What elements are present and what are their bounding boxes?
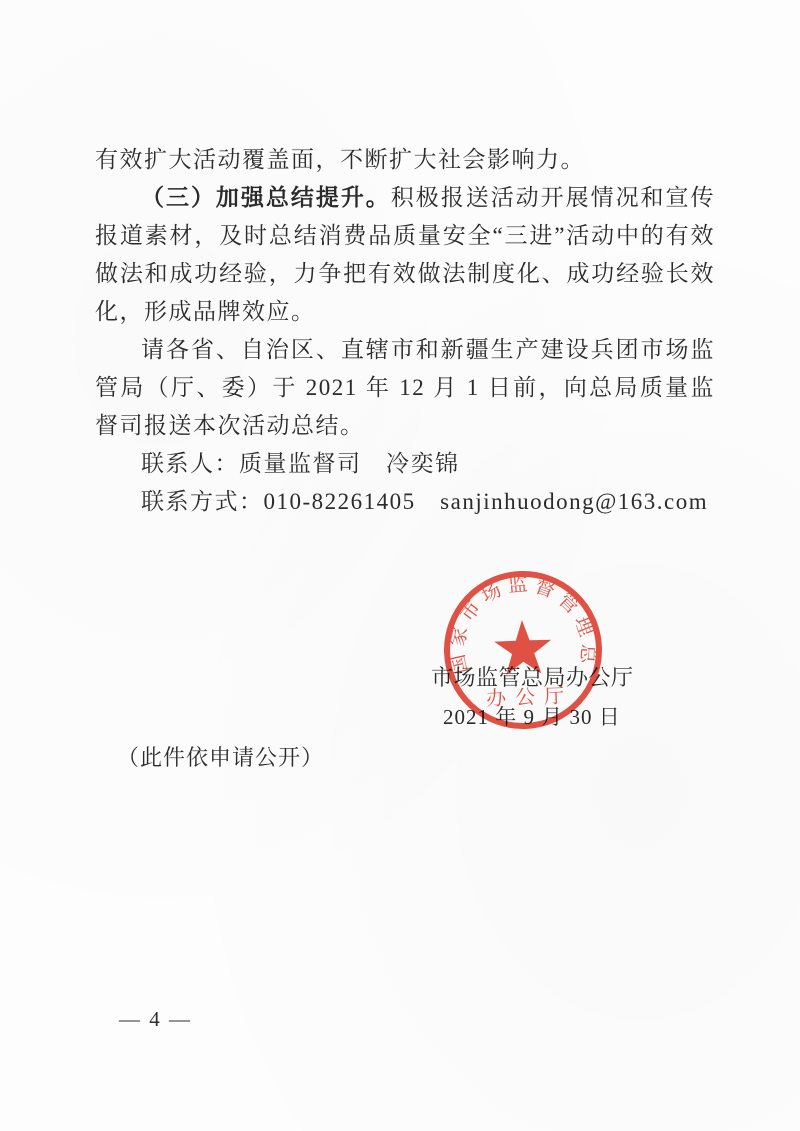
paragraph-continuation: 有效扩大活动覆盖面，不断扩大社会影响力。 <box>95 141 715 179</box>
document-text: 有效扩大活动覆盖面，不断扩大社会影响力。 （三）加强总结提升。积极报送活动开展情… <box>95 141 715 521</box>
document-page: 有效扩大活动覆盖面，不断扩大社会影响力。 （三）加强总结提升。积极报送活动开展情… <box>0 0 800 1131</box>
paragraph-heading: （三）加强总结提升。 <box>141 185 391 210</box>
paragraph-request: 请各省、自治区、直辖市和新疆生产建设兵团市场监管局（厅、委）于 2021 年 1… <box>95 331 715 445</box>
paragraph-item-3: （三）加强总结提升。积极报送活动开展情况和宣传报道素材，及时总结消费品质量安全“… <box>95 179 715 331</box>
official-seal-icon: 国家市场监督管理总局 办公厅 <box>435 562 611 738</box>
contact-person-line: 联系人：质量监督司 冷奕锦 <box>95 445 715 483</box>
page-number: — 4 — <box>119 1007 192 1032</box>
contact-info-line: 联系方式：010-82261405 sanjinhuodong@163.com <box>95 483 715 521</box>
seal-bottom-text: 办公厅 <box>486 684 574 710</box>
disclosure-note: （此件依申请公开） <box>117 745 324 771</box>
seal-star-icon <box>493 619 552 675</box>
